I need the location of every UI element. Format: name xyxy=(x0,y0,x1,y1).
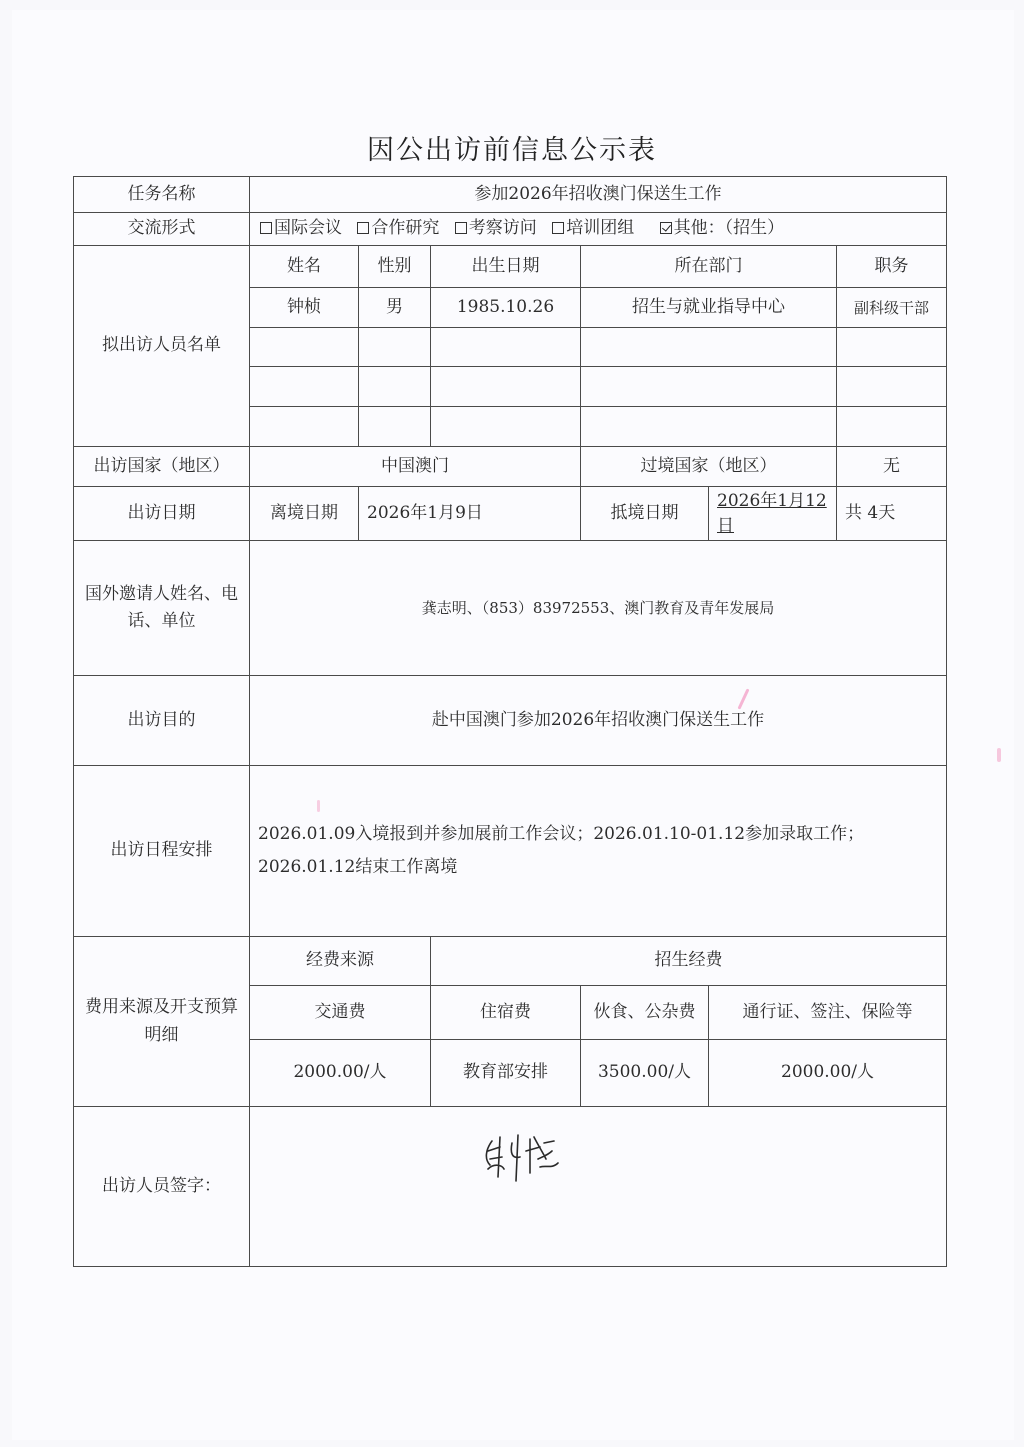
checkbox-icon xyxy=(455,222,467,234)
personnel-header-row: 拟出访人员名单 姓名 性别 出生日期 所在部门 职务 xyxy=(74,246,947,288)
budget-transport-value: 2000.00/人 xyxy=(250,1040,431,1107)
signature-row: 出访人员签字： xyxy=(74,1107,947,1267)
budget-source-value: 招生经费 xyxy=(431,937,947,986)
ink-stain xyxy=(997,748,1001,762)
checkbox-icon xyxy=(260,222,272,234)
person-name xyxy=(250,367,359,407)
person-department: 招生与就业指导中心 xyxy=(581,288,837,328)
task-value: 参加2026年招收澳门保送生工作 xyxy=(250,177,947,213)
schedule-label: 出访日程安排 xyxy=(74,766,250,937)
person-name xyxy=(250,407,359,447)
person-gender xyxy=(359,407,431,447)
header-department: 所在部门 xyxy=(581,246,837,288)
exchange-form-row: 交流形式 国际会议 合作研究 考察访问 培训团组 其他：（招生） xyxy=(74,213,947,246)
purpose-label: 出访目的 xyxy=(74,676,250,766)
person-department xyxy=(581,407,837,447)
schedule-row: 出访日程安排 2026.01.09入境报到并参加展前工作会议；2026.01.1… xyxy=(74,766,947,937)
arrive-value: 2026年1月12日 xyxy=(709,487,837,541)
task-row: 任务名称 参加2026年招收澳门保送生工作 xyxy=(74,177,947,213)
budget-header-transport: 交通费 xyxy=(250,986,431,1040)
option-international-conference[interactable]: 国际会议 xyxy=(260,218,342,238)
option-inspection-visit[interactable]: 考察访问 xyxy=(455,218,537,238)
budget-header-permits: 通行证、签注、保险等 xyxy=(709,986,947,1040)
destination-label: 出访国家（地区） xyxy=(74,447,250,487)
person-birthdate xyxy=(431,367,581,407)
person-position xyxy=(837,407,947,447)
option-training-group[interactable]: 培训团组 xyxy=(552,218,634,238)
budget-source-label: 经费来源 xyxy=(250,937,431,986)
inviter-value: 龚志明、（853）83972553、澳门教育及青年发展局 xyxy=(250,541,947,676)
person-birthdate: 1985.10.26 xyxy=(431,288,581,328)
disclosure-form-table: 任务名称 参加2026年招收澳门保送生工作 交流形式 国际会议 合作研究 考察访… xyxy=(73,176,947,1267)
header-gender: 性别 xyxy=(359,246,431,288)
header-name: 姓名 xyxy=(250,246,359,288)
personnel-label: 拟出访人员名单 xyxy=(74,246,250,447)
budget-source-row: 费用来源及开支预算明细 经费来源 招生经费 xyxy=(74,937,947,986)
person-name xyxy=(250,328,359,367)
depart-label: 离境日期 xyxy=(250,487,359,541)
transit-label: 过境国家（地区） xyxy=(581,447,837,487)
person-gender xyxy=(359,367,431,407)
destination-row: 出访国家（地区） 中国澳门 过境国家（地区） 无 xyxy=(74,447,947,487)
task-label: 任务名称 xyxy=(74,177,250,213)
person-position xyxy=(837,367,947,407)
checkbox-icon xyxy=(357,222,369,234)
ink-stain xyxy=(317,800,320,812)
inviter-label: 国外邀请人姓名、电话、单位 xyxy=(74,541,250,676)
signature-scribble-icon xyxy=(482,1129,582,1189)
destination-value: 中国澳门 xyxy=(250,447,581,487)
person-position xyxy=(837,328,947,367)
transit-value: 无 xyxy=(837,447,947,487)
signature-area[interactable] xyxy=(250,1107,947,1267)
signature-label: 出访人员签字： xyxy=(74,1107,250,1267)
dates-label: 出访日期 xyxy=(74,487,250,541)
arrive-label: 抵境日期 xyxy=(581,487,709,541)
person-department xyxy=(581,367,837,407)
person-department xyxy=(581,328,837,367)
inviter-row: 国外邀请人姓名、电话、单位 龚志明、（853）83972553、澳门教育及青年发… xyxy=(74,541,947,676)
depart-value: 2026年1月9日 xyxy=(359,487,581,541)
budget-header-lodging: 住宿费 xyxy=(431,986,581,1040)
purpose-row: 出访目的 赴中国澳门参加2026年招收澳门保送生工作 xyxy=(74,676,947,766)
header-birthdate: 出生日期 xyxy=(431,246,581,288)
person-gender: 男 xyxy=(359,288,431,328)
budget-label: 费用来源及开支预算明细 xyxy=(74,937,250,1107)
checkbox-icon xyxy=(552,222,564,234)
page-title: 因公出访前信息公示表 xyxy=(0,128,1024,167)
person-birthdate xyxy=(431,407,581,447)
exchange-form-options: 国际会议 合作研究 考察访问 培训团组 其他：（招生） xyxy=(250,213,947,246)
option-cooperative-research[interactable]: 合作研究 xyxy=(357,218,439,238)
header-position: 职务 xyxy=(837,246,947,288)
option-other[interactable]: 其他：（招生） xyxy=(660,218,785,238)
total-days: 共 4天 xyxy=(837,487,947,541)
budget-header-meals: 伙食、公杂费 xyxy=(581,986,709,1040)
budget-permits-value: 2000.00/人 xyxy=(709,1040,947,1107)
person-birthdate xyxy=(431,328,581,367)
person-name: 钟桢 xyxy=(250,288,359,328)
person-gender xyxy=(359,328,431,367)
schedule-value: 2026.01.09入境报到并参加展前工作会议；2026.01.10-01.12… xyxy=(250,766,947,937)
purpose-value: 赴中国澳门参加2026年招收澳门保送生工作 xyxy=(250,676,947,766)
exchange-form-label: 交流形式 xyxy=(74,213,250,246)
budget-lodging-value: 教育部安排 xyxy=(431,1040,581,1107)
budget-meals-value: 3500.00/人 xyxy=(581,1040,709,1107)
checkbox-checked-icon xyxy=(660,222,672,234)
dates-row: 出访日期 离境日期 2026年1月9日 抵境日期 2026年1月12日 共 4天 xyxy=(74,487,947,541)
person-position: 副科级干部 xyxy=(837,288,947,328)
